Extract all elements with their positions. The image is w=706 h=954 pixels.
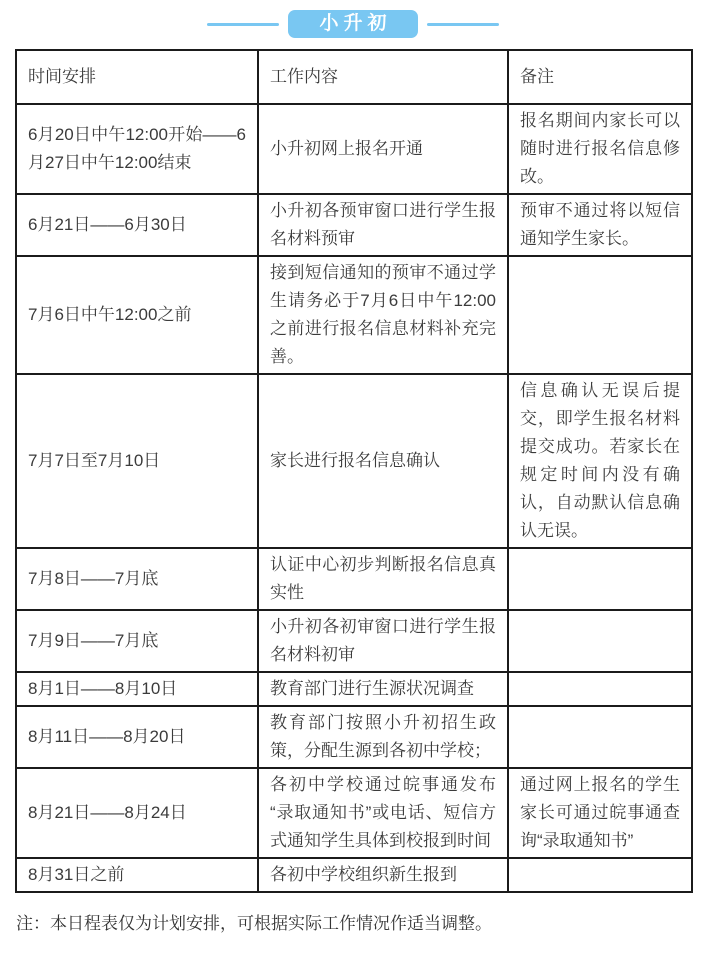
table-row: 7月7日至7月10日 家长进行报名信息确认 信息确认无误后提交，即学生报名材料提… — [16, 374, 692, 548]
column-header-time: 时间安排 — [16, 50, 258, 104]
table-row: 8月31日之前 各初中学校组织新生报到 — [16, 858, 692, 892]
cell-note — [508, 858, 692, 892]
cell-task: 家长进行报名信息确认 — [258, 374, 508, 548]
table-row: 8月1日——8月10日 教育部门进行生源状况调查 — [16, 672, 692, 706]
cell-task: 各初中学校通过皖事通发布“录取通知书”或电话、短信方式通知学生具体到校报到时间 — [258, 768, 508, 858]
cell-task: 认证中心初步判断报名信息真实性 — [258, 548, 508, 610]
table-row: 6月21日——6月30日 小升初各预审窗口进行学生报名材料预审 预审不通过将以短… — [16, 194, 692, 256]
cell-task: 接到短信通知的预审不通过学生请务必于7月6日中午12:00之前进行报名信息材料补… — [258, 256, 508, 374]
page-header: 小升初 — [0, 0, 706, 39]
table-row: 7月6日中午12:00之前 接到短信通知的预审不通过学生请务必于7月6日中午12… — [16, 256, 692, 374]
cell-note: 预审不通过将以短信通知学生家长。 — [508, 194, 692, 256]
cell-note — [508, 610, 692, 672]
cell-time: 7月7日至7月10日 — [16, 374, 258, 548]
cell-task: 小升初网上报名开通 — [258, 104, 508, 194]
cell-note: 通过网上报名的学生家长可通过皖事通查询“录取通知书” — [508, 768, 692, 858]
cell-task: 教育部门进行生源状况调查 — [258, 672, 508, 706]
page: 小升初 时间安排 工作内容 备注 6月20日中午12:00开始——6月27日中午… — [0, 0, 706, 954]
cell-note — [508, 548, 692, 610]
cell-task: 小升初各初审窗口进行学生报名材料初审 — [258, 610, 508, 672]
cell-note: 报名期间内家长可以随时进行报名信息修改。 — [508, 104, 692, 194]
cell-note: 信息确认无误后提交，即学生报名材料提交成功。若家长在规定时间内没有确认，自动默认… — [508, 374, 692, 548]
cell-time: 7月6日中午12:00之前 — [16, 256, 258, 374]
table-row: 7月9日——7月底 小升初各初审窗口进行学生报名材料初审 — [16, 610, 692, 672]
cell-time: 8月31日之前 — [16, 858, 258, 892]
cell-time: 7月8日——7月底 — [16, 548, 258, 610]
table-row: 8月21日——8月24日 各初中学校通过皖事通发布“录取通知书”或电话、短信方式… — [16, 768, 692, 858]
cell-note — [508, 672, 692, 706]
cell-time: 6月20日中午12:00开始——6月27日中午12:00结束 — [16, 104, 258, 194]
table-header-row: 时间安排 工作内容 备注 — [16, 50, 692, 104]
table-row: 6月20日中午12:00开始——6月27日中午12:00结束 小升初网上报名开通… — [16, 104, 692, 194]
cell-note — [508, 256, 692, 374]
column-header-task: 工作内容 — [258, 50, 508, 104]
cell-time: 8月11日——8月20日 — [16, 706, 258, 768]
cell-time: 8月1日——8月10日 — [16, 672, 258, 706]
cell-time: 8月21日——8月24日 — [16, 768, 258, 858]
decor-line-right — [427, 23, 499, 26]
footer-note: 注：本日程表仅为计划安排，可根据实际工作情况作适当调整。 — [16, 909, 706, 934]
cell-task: 教育部门按照小升初招生政策，分配生源到各初中学校； — [258, 706, 508, 768]
cell-time: 6月21日——6月30日 — [16, 194, 258, 256]
column-header-note: 备注 — [508, 50, 692, 104]
cell-note — [508, 706, 692, 768]
decor-line-left — [207, 23, 279, 26]
title-badge: 小升初 — [288, 10, 417, 38]
table-row: 7月8日——7月底 认证中心初步判断报名信息真实性 — [16, 548, 692, 610]
schedule-table: 时间安排 工作内容 备注 6月20日中午12:00开始——6月27日中午12:0… — [15, 49, 693, 893]
cell-task: 各初中学校组织新生报到 — [258, 858, 508, 892]
cell-time: 7月9日——7月底 — [16, 610, 258, 672]
page-title: 小升初 — [319, 14, 391, 33]
cell-task: 小升初各预审窗口进行学生报名材料预审 — [258, 194, 508, 256]
table-row: 8月11日——8月20日 教育部门按照小升初招生政策，分配生源到各初中学校； — [16, 706, 692, 768]
